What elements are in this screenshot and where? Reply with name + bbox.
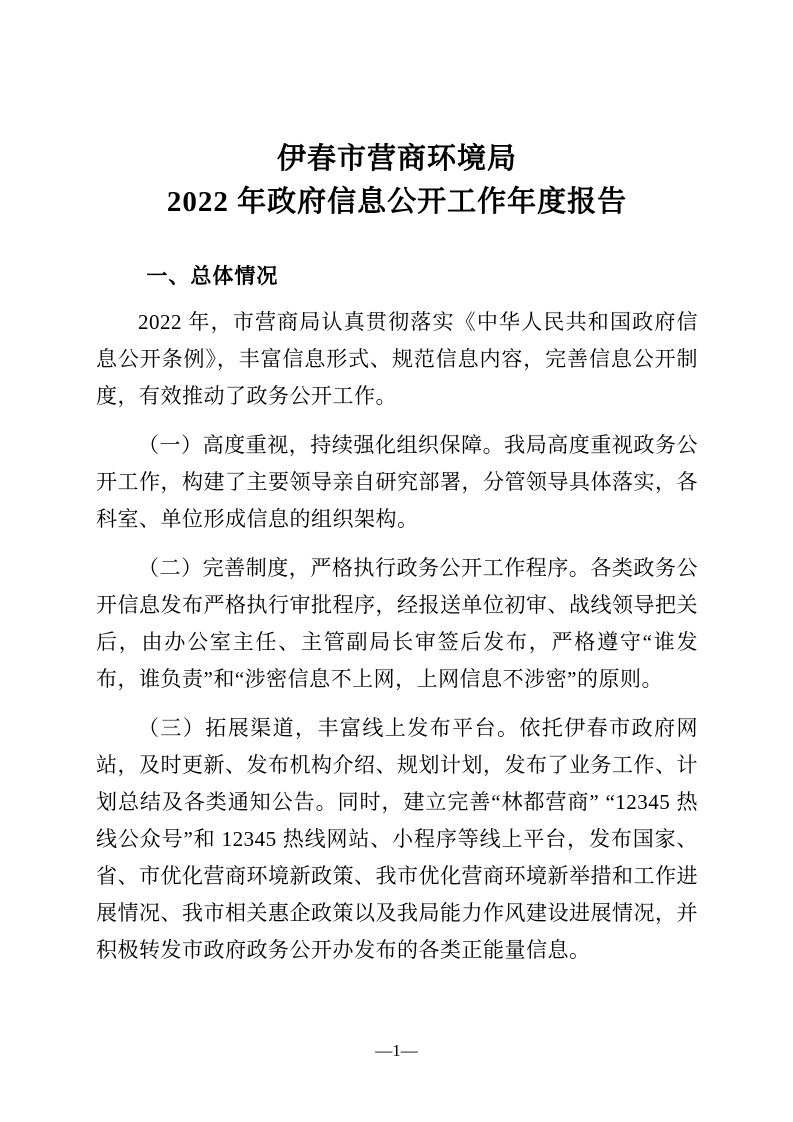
paragraph-overview: 2022 年，市营商局认真贯彻落实《中华人民共和国政府信息公开条例》，丰富信息形… [96,304,698,415]
paragraph-item-2: （二）完善制度，严格执行政务公开工作程序。各类政务公开信息发布严格执行审批程序，… [96,550,698,698]
paragraph-item-1: （一）高度重视，持续强化组织保障。我局高度重视政务公开工作，构建了主要领导亲自研… [96,427,698,538]
document-title-line-2: 2022 年政府信息公开工作年度报告 [96,181,698,224]
section-heading: 一、总体情况 [96,262,698,292]
page-number: —1— [375,1041,418,1060]
document-title-line-1: 伊春市营商环境局 [96,138,698,181]
page-footer: —1— [0,1040,793,1062]
document-page: 伊春市营商环境局 2022 年政府信息公开工作年度报告 一、总体情况 2022 … [0,0,793,1122]
document-title: 伊春市营商环境局 2022 年政府信息公开工作年度报告 [96,138,698,224]
paragraph-item-3: （三）拓展渠道，丰富线上发布平台。依托伊春市政府网站，及时更新、发布机构介绍、规… [96,710,698,969]
